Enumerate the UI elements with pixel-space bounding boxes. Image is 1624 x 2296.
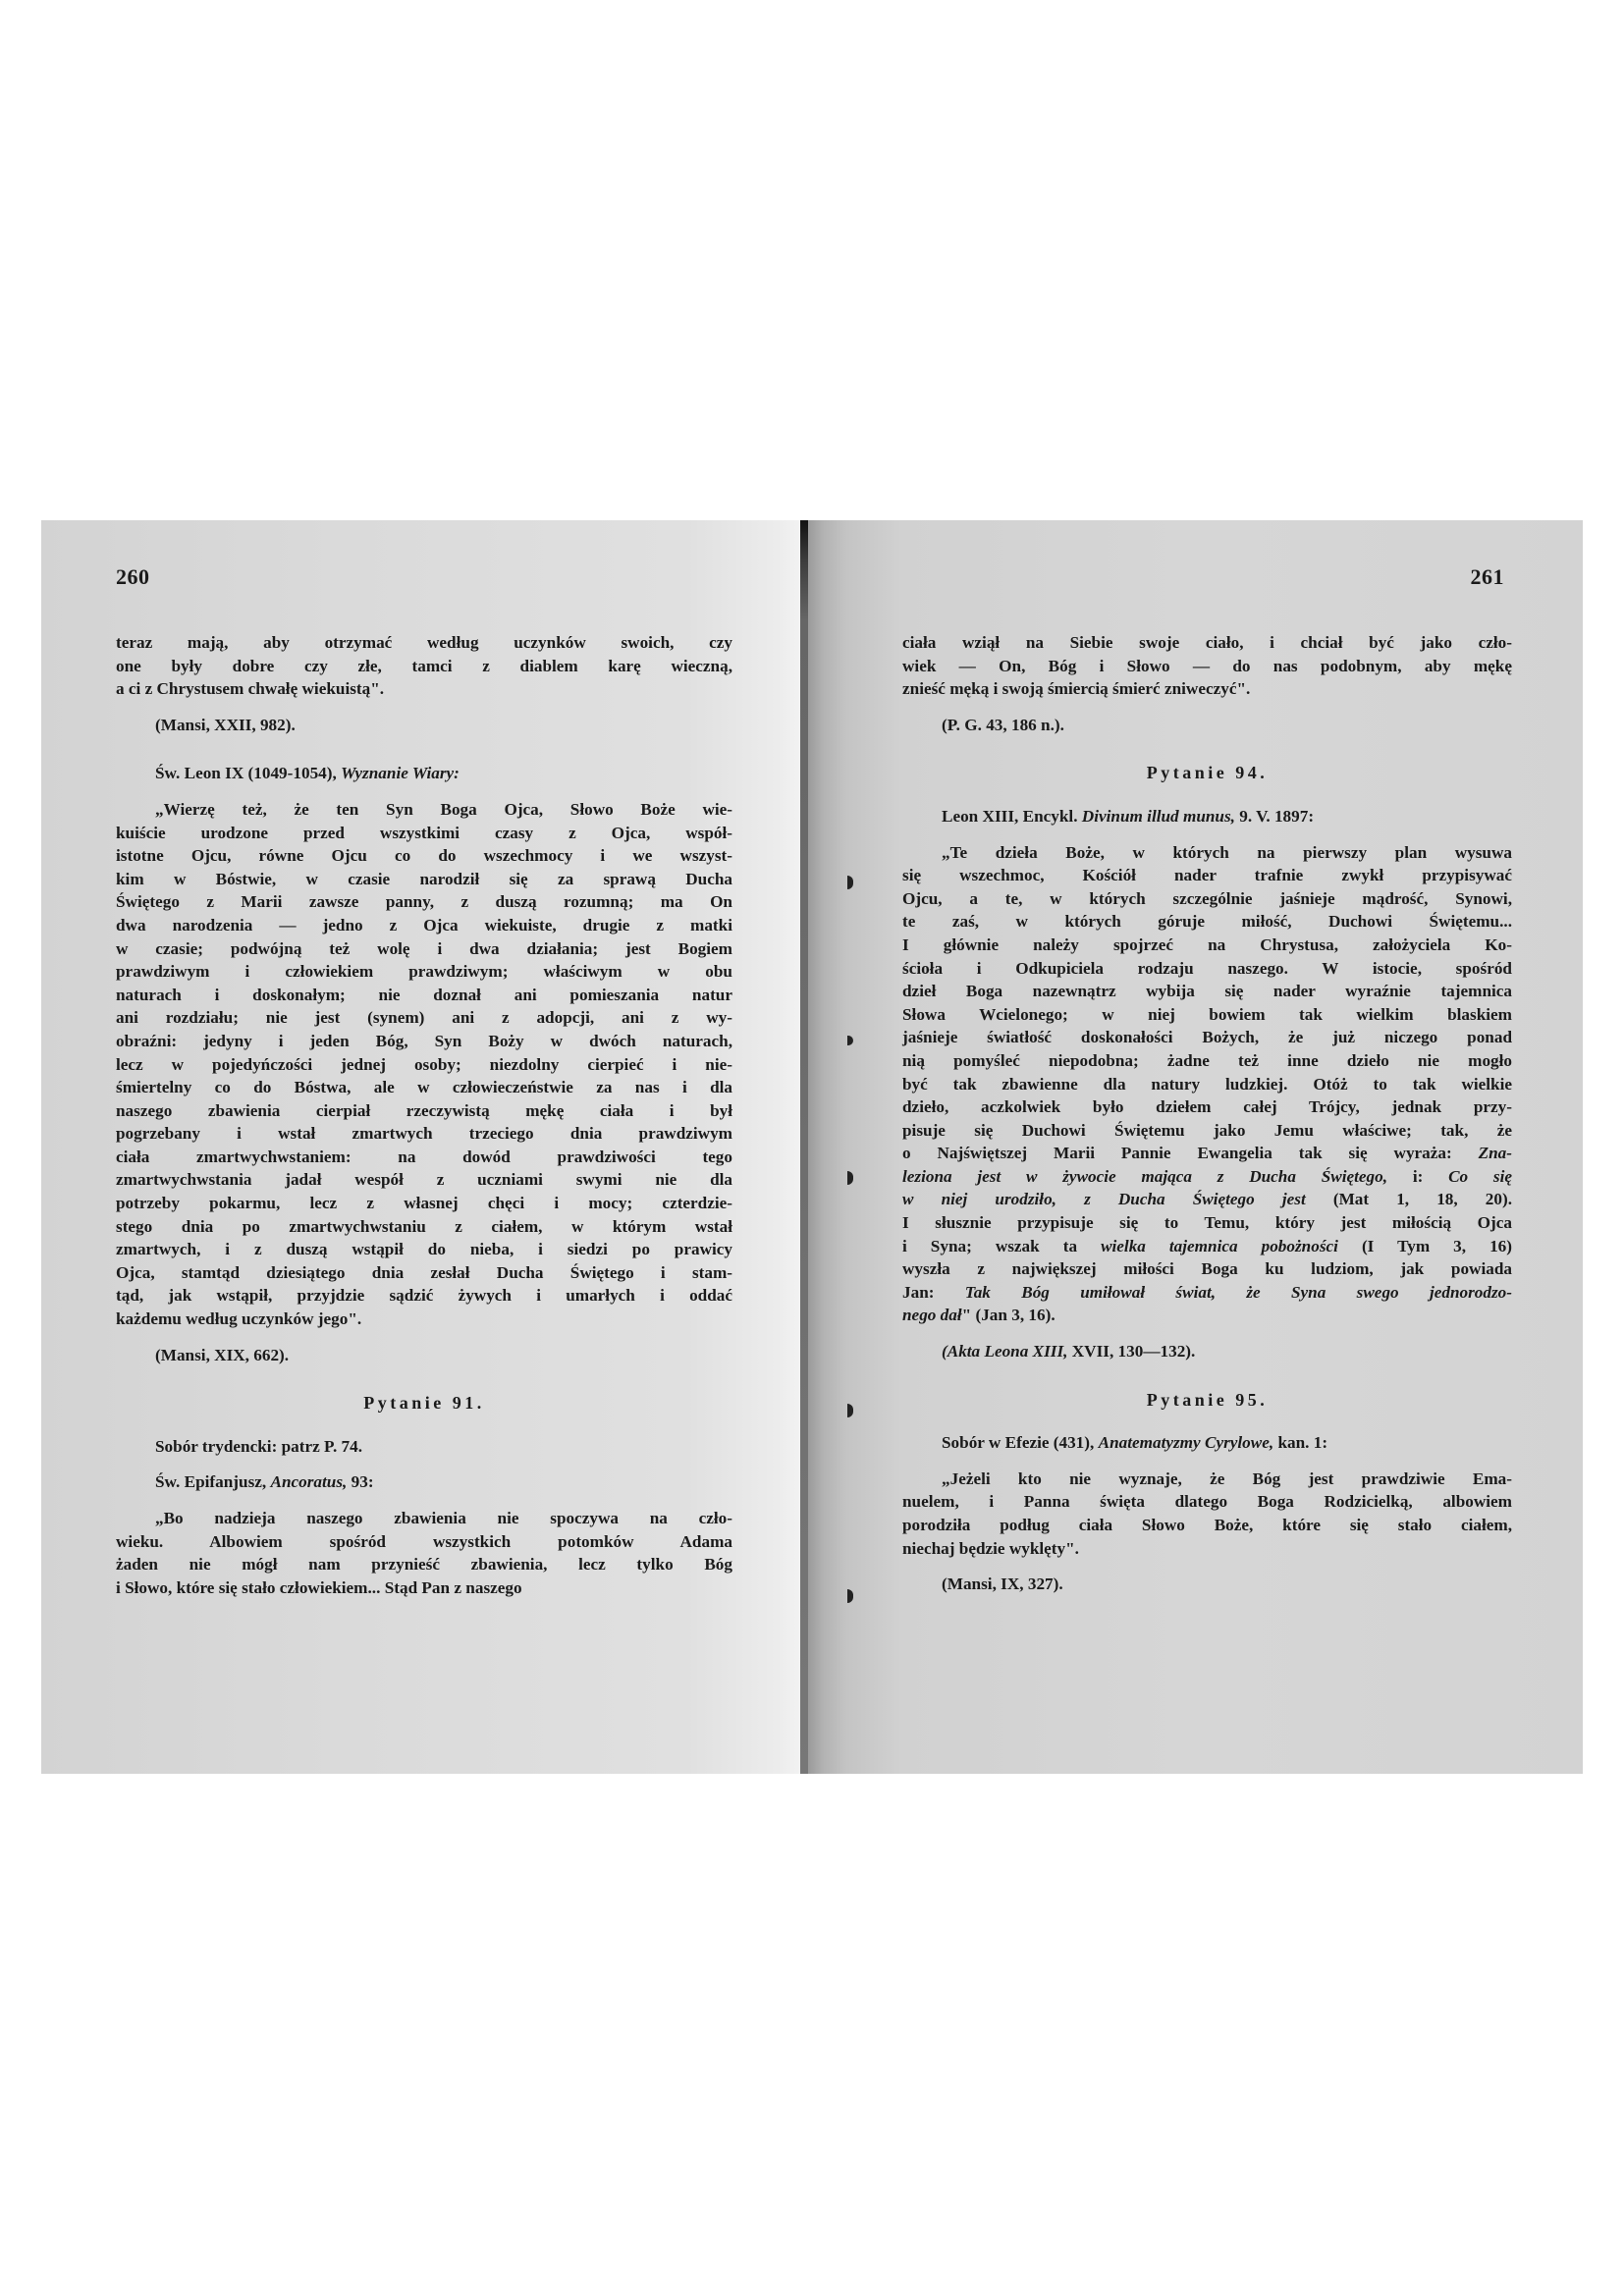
quote-line: każdemu według uczynków jego". — [116, 1308, 732, 1331]
quote-line: zmartwych, i z duszą wstąpił do nieba, i… — [116, 1238, 732, 1261]
spacer — [902, 1412, 1512, 1431]
citation: (Mansi, IX, 327). — [902, 1573, 1512, 1596]
page-number: 261 — [1471, 564, 1505, 590]
section-heading: Pytanie 95. — [902, 1389, 1512, 1413]
italic-text: w niej urodziło, z Ducha Świętego jest — [902, 1190, 1306, 1208]
quote-line: tąd, jak wstąpił, przyjdzie sądzić żywyc… — [116, 1284, 732, 1308]
italic-text: nego dał — [902, 1306, 962, 1324]
spacer — [116, 1599, 732, 1612]
quote-line: niechaj będzie wyklęty". — [902, 1537, 1512, 1561]
source-line: Leon XIII, Encykl. Divinum illud munus, … — [902, 805, 1512, 828]
quote-line: dzieł Boga nazewnątrz wybija się nader w… — [902, 980, 1512, 1003]
quote-line: I głównie należy spojrzeć na Chrystusa, … — [902, 934, 1512, 957]
quote-line: się wszechmoc, Kościół nader trafnie zwy… — [902, 864, 1512, 887]
italic-text: Zna- — [1479, 1144, 1512, 1162]
quote-line: Słowa Wcielonego; w niej bowiem tak wiel… — [902, 1003, 1512, 1027]
quote-line: pisuje się Duchowi Świętemu jako Jemu wł… — [902, 1119, 1512, 1143]
text-line: wiek — On, Bóg i Słowo — do nas podobnym… — [902, 655, 1512, 678]
spacer — [902, 1596, 1512, 1622]
italic-text: (Akta Leona XIII, — [942, 1342, 1067, 1361]
spacer — [116, 736, 732, 762]
binding-mark — [847, 1036, 853, 1045]
binding-mark — [847, 1589, 853, 1603]
spacer — [902, 828, 1512, 841]
text-line: ciała wziął na Siebie swoje ciało, i chc… — [902, 631, 1512, 655]
quote-line: pogrzebany i wstał zmartwych trzeciego d… — [116, 1122, 732, 1146]
quote-line: obraźni: jedyny i jeden Bóg, Syn Boży w … — [116, 1030, 732, 1053]
text-line: one były dobre czy złe, tamci z diablem … — [116, 655, 732, 678]
quote-line: w czasie; podwójną też wolę i dwa działa… — [116, 937, 732, 961]
italic-text: wielka tajemnica pobożności — [1101, 1237, 1338, 1255]
quote-line: istotne Ojcu, równe Ojcu co do wszechmoc… — [116, 844, 732, 868]
quote-line: kim w Bóstwie, w czasie narodził się za … — [116, 868, 732, 891]
quote-line: zmartwychwstania jadał wespół z uczniami… — [116, 1168, 732, 1192]
quote-line: kuiście urodzone przed wszystkimi czasy … — [116, 822, 732, 845]
quote-line: ścioła i Odkupiciela rodzaju naszego. W … — [902, 957, 1512, 981]
quote-line: żaden nie mógł nam przynieść zbawienia, … — [116, 1553, 732, 1576]
page-text: ciała wziął na Siebie swoje ciało, i chc… — [902, 631, 1512, 1622]
quote-line: i Słowo, które się stało człowiekiem... … — [116, 1576, 732, 1600]
quote-line: wyszła z największej miłości Boga ku lud… — [902, 1257, 1512, 1281]
quote-line: I słusznie przypisuje się to Temu, który… — [902, 1211, 1512, 1235]
quote-line: dwa narodzenia — jedno z Ojca wiekuiste,… — [116, 914, 732, 937]
quote-line: potrzeby pokarmu, lecz z własnej chęci i… — [116, 1192, 732, 1215]
spacer — [902, 1560, 1512, 1573]
italic-text: Tak Bóg umiłował świat, że Syna swego je… — [965, 1283, 1512, 1302]
italic-text: Ancoratus, — [270, 1472, 347, 1491]
source-line: Sobór trydencki: patrz P. 74. — [116, 1435, 732, 1459]
spacer — [116, 1366, 732, 1392]
text-line: znieść męką i swoją śmiercią śmierć zniw… — [902, 677, 1512, 701]
spacer — [902, 785, 1512, 805]
spacer — [902, 701, 1512, 714]
quote-line: nego dał" (Jan 3, 16). — [902, 1304, 1512, 1327]
quote-line: porodziła podług ciała Słowo Boże, które… — [902, 1514, 1512, 1537]
italic-text: Anatematyzmy Cyrylowe, — [1099, 1433, 1274, 1452]
quote-line: „Bo nadzieja naszego zbawienia nie spocz… — [116, 1507, 732, 1530]
binding-mark — [847, 876, 853, 889]
quote-line: Ojca, stamtąd dziesiątego dnia zesłał Du… — [116, 1261, 732, 1285]
section-heading: Pytanie 91. — [116, 1392, 732, 1415]
source-line: Św. Epifanjusz, Ancoratus, 93: — [116, 1470, 732, 1494]
quote-line: wieku. Albowiem spośród wszystkich potom… — [116, 1530, 732, 1554]
italic-text: Divinum illud munus, — [1082, 807, 1235, 826]
spacer — [902, 1363, 1512, 1389]
quote-line: prawdziwym i człowiekiem prawdziwym; wła… — [116, 960, 732, 984]
source-line: Św. Leon IX (1049-1054), Wyznanie Wiary: — [116, 762, 732, 785]
citation: (Akta Leona XIII, XVII, 130—132). — [902, 1340, 1512, 1363]
book-spine — [800, 520, 808, 1774]
spacer — [902, 1327, 1512, 1340]
citation: (Mansi, XXII, 982). — [116, 714, 732, 737]
spacer — [116, 1331, 732, 1344]
quote-line: w niej urodziło, z Ducha Świętego jest (… — [902, 1188, 1512, 1211]
quote-line: naszego zbawienia cierpiał rzeczywistą m… — [116, 1099, 732, 1123]
quote-line: śmiertelny co do Bóstwa, ale w człowiecz… — [116, 1076, 732, 1099]
spacer — [116, 1415, 732, 1435]
quote-line: Świętego z Marii zawsze panny, z duszą r… — [116, 890, 732, 914]
binding-mark — [847, 1171, 853, 1185]
citation: (P. G. 43, 186 n.). — [902, 714, 1512, 737]
quote-line: Ojcu, a te, w których szczególnie jaśnie… — [902, 887, 1512, 911]
quote-line: dzieło, aczkolwiek było dziełem całej Tr… — [902, 1095, 1512, 1119]
quote-line: „Jeżeli kto nie wyznaje, że Bóg jest pra… — [902, 1468, 1512, 1491]
spacer — [116, 1494, 732, 1507]
page-text: teraz mają, aby otrzymać według uczynków… — [116, 631, 732, 1612]
quote-line: naturach i doskonałym; nie doznał ani po… — [116, 984, 732, 1007]
spacer — [116, 1458, 732, 1470]
quote-line: stego dnia po zmartwychwstaniu z ciałem,… — [116, 1215, 732, 1239]
quote-line: nią pomyśleć niepodobna; żadne też inne … — [902, 1049, 1512, 1073]
quote-line: być tak zbawienne dla natury ludzkiej. O… — [902, 1073, 1512, 1096]
text-line: a ci z Chrystusem chwałę wiekuistą". — [116, 677, 732, 701]
spacer — [116, 785, 732, 798]
quote-line: „Te dzieła Boże, w których na pierwszy p… — [902, 841, 1512, 865]
quote-line: nuelem, i Panna święta dlatego Boga Rodz… — [902, 1490, 1512, 1514]
italic-text: Co się — [1448, 1167, 1512, 1186]
quote-line: „Wierzę też, że ten Syn Boga Ojca, Słowo… — [116, 798, 732, 822]
quote-line: jaśnieje światłość doskonałości Bożych, … — [902, 1026, 1512, 1049]
quote-line: o Najświętszej Marii Pannie Ewangelia ta… — [902, 1142, 1512, 1165]
binding-mark — [847, 1404, 853, 1417]
page-261: 261 ciała wziął na Siebie swoje ciało, i… — [808, 520, 1583, 1774]
italic-text: Wyznanie Wiary: — [341, 764, 460, 782]
source-line: Sobór w Efezie (431), Anatematyzmy Cyryl… — [902, 1431, 1512, 1455]
text-line: teraz mają, aby otrzymać według uczynków… — [116, 631, 732, 655]
spacer — [116, 701, 732, 714]
quote-line: leziona jest w żywocie mająca z Ducha Św… — [902, 1165, 1512, 1189]
quote-line: ani rozdziału; nie jest (synem) ani z ad… — [116, 1006, 732, 1030]
quote-line: Jan: Tak Bóg umiłował świat, że Syna swe… — [902, 1281, 1512, 1305]
spacer — [902, 736, 1512, 762]
spacer — [902, 1455, 1512, 1468]
book-scan: 260 teraz mają, aby otrzymać według uczy… — [41, 520, 1583, 1774]
italic-text: leziona jest w żywocie mająca z Ducha Św… — [902, 1167, 1387, 1186]
citation: (Mansi, XIX, 662). — [116, 1344, 732, 1367]
page-260: 260 teraz mają, aby otrzymać według uczy… — [41, 520, 800, 1774]
quote-line: lecz w pojedyńczości jednej osoby; niezd… — [116, 1053, 732, 1077]
quote-line: i Syna; wszak ta wielka tajemnica pobożn… — [902, 1235, 1512, 1258]
page-number: 260 — [116, 564, 150, 590]
section-heading: Pytanie 94. — [902, 762, 1512, 785]
quote-line: te zaś, w których góruje miłość, Duchowi… — [902, 910, 1512, 934]
quote-line: ciała zmartwychwstaniem: na dowód prawdz… — [116, 1146, 732, 1169]
